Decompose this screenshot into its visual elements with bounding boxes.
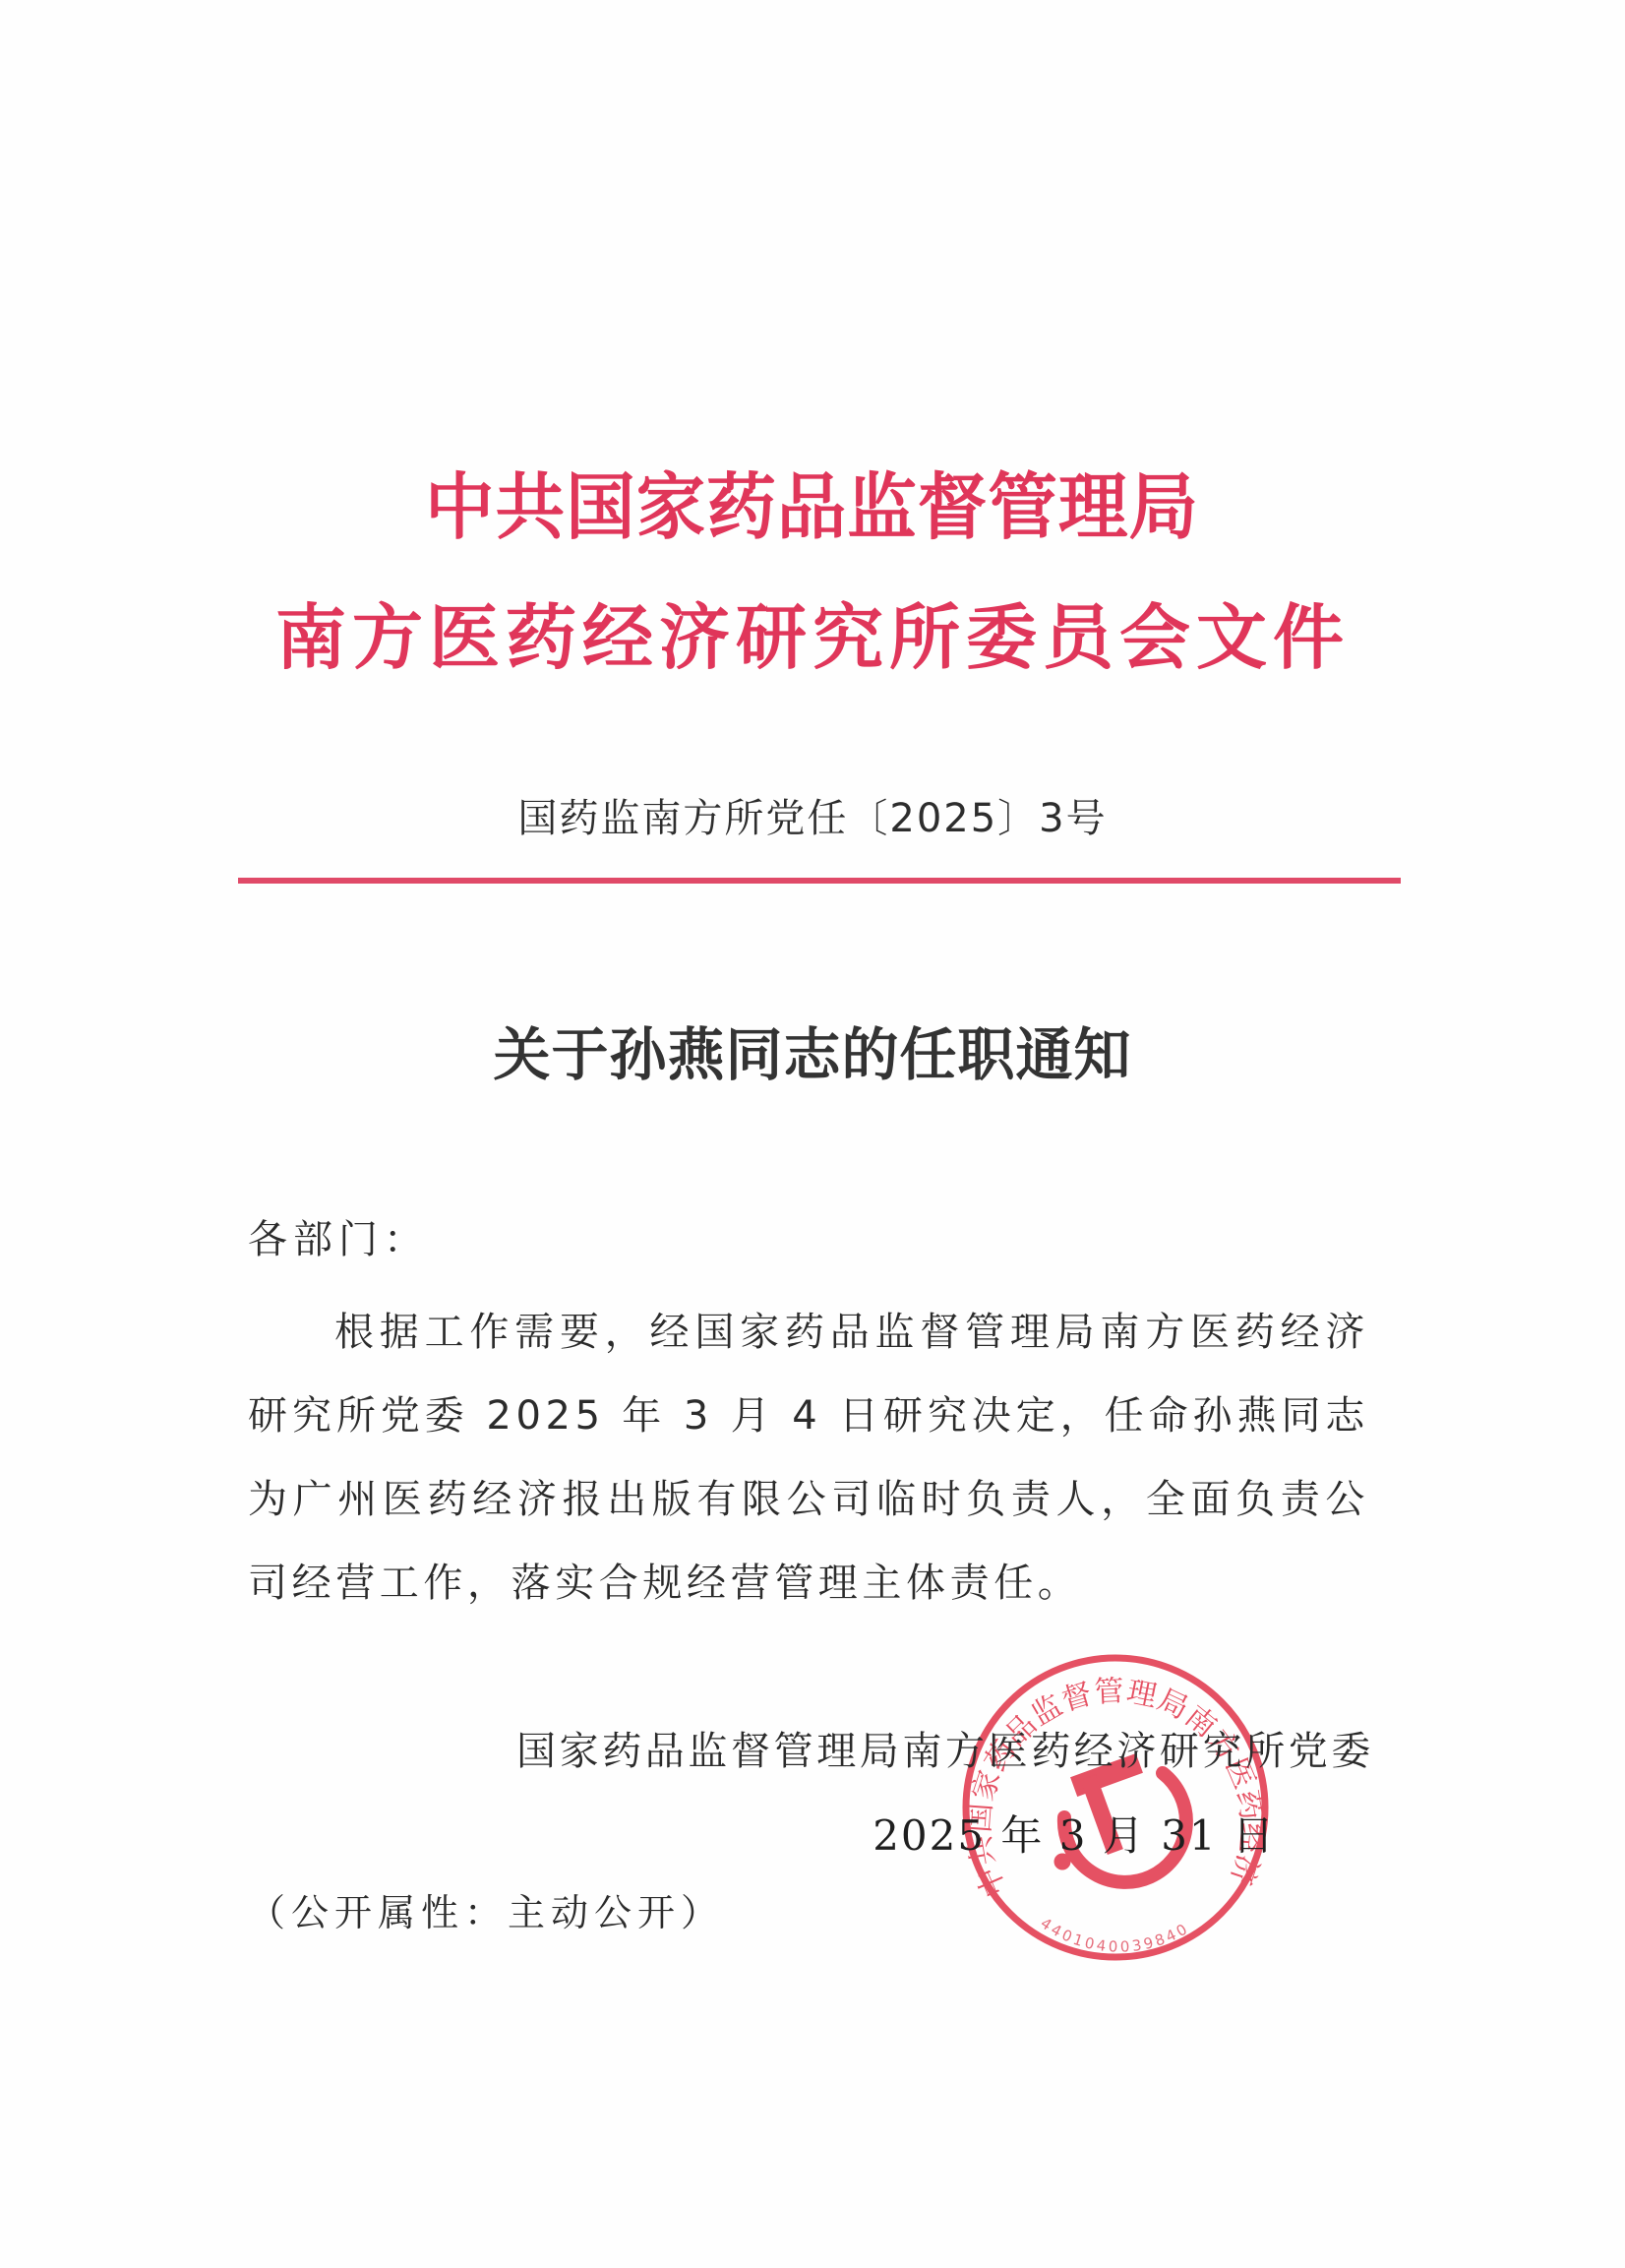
issue-date: 2025 年 3 月 31 日 xyxy=(873,1804,1276,1863)
issuer-signature: 国家药品监督管理局南方医药经济研究所党委 xyxy=(516,1720,1374,1776)
red-header-line-2-text: 南方医药经济研究所委员会文件 xyxy=(275,581,1350,683)
document-number: 国药监南方所党任〔2025〕3号 xyxy=(0,787,1625,843)
notice-title: 关于孙燕同志的任职通知 xyxy=(0,1009,1625,1091)
red-divider-rule xyxy=(238,878,1401,884)
red-header-line-1-text: 中共国家药品监督管理局 xyxy=(426,449,1200,553)
public-attribute: （公开属性：主动公开） xyxy=(248,1882,724,1936)
document-page: 中共国家药品监督管理局 南方医药经济研究所委员会文件 国药监南方所党任〔2025… xyxy=(0,0,1625,2268)
salutation: 各部门： xyxy=(248,1208,1369,1264)
red-header-line-2: 南方医药经济研究所委员会文件 xyxy=(0,581,1625,683)
body-paragraph: 根据工作需要，经国家药品监督管理局南方医药经济研究所党委 2025 年 3 月 … xyxy=(248,1291,1369,1625)
red-header-line-1: 中共国家药品监督管理局 xyxy=(0,449,1625,551)
